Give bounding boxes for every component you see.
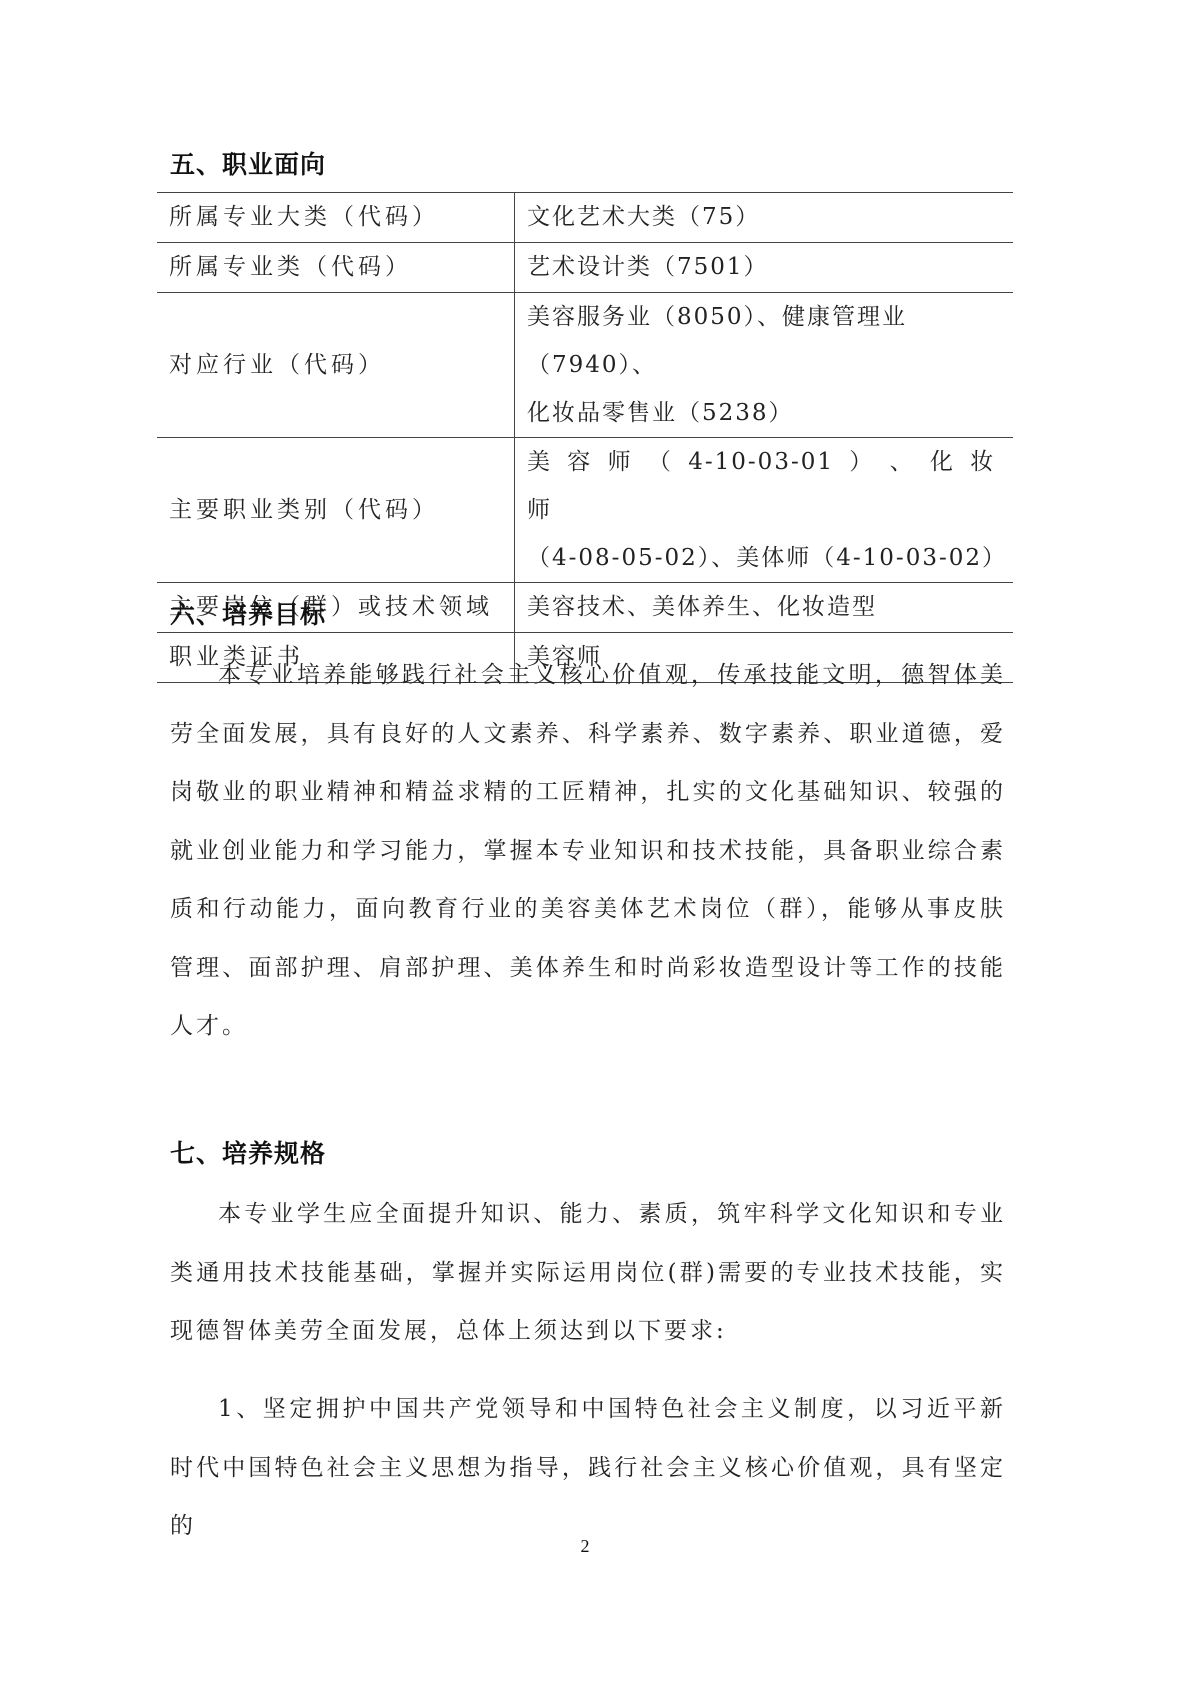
- row-label: 主要职业类别（代码）: [157, 438, 515, 583]
- section-heading-goals: 六、培养目标: [170, 602, 326, 627]
- row-value-line: 美容服务业（8050）、健康管理业（7940）、: [527, 293, 1001, 389]
- row-label: 所属专业类（代码）: [157, 243, 515, 293]
- table-row: 对应行业（代码） 美容服务业（8050）、健康管理业（7940）、 化妆品零售业…: [157, 293, 1013, 438]
- row-label: 所属专业大类（代码）: [157, 193, 515, 243]
- table-row: 主要职业类别（代码） 美 容 师 （ 4-10-03-01 ） 、 化 妆 师 …: [157, 438, 1013, 583]
- goals-paragraph: 本专业培养能够践行社会主义核心价值观，传承技能文明，德智体美劳全面发展，具有良好…: [170, 646, 1006, 1056]
- row-value-line: 化妆品零售业（5238）: [527, 389, 1001, 437]
- page-number: 2: [0, 1536, 1170, 1557]
- row-value: 文化艺术大类（75）: [515, 193, 1014, 243]
- specs-paragraph: 本专业学生应全面提升知识、能力、素质，筑牢科学文化知识和专业类通用技术技能基础，…: [170, 1185, 1006, 1361]
- row-label: 对应行业（代码）: [157, 293, 515, 438]
- section-heading-career: 五、职业面向: [170, 152, 326, 177]
- row-value-line: （4-08-05-02）、美体师（4-10-03-02）: [527, 534, 1001, 582]
- row-value: 艺术设计类（7501）: [515, 243, 1014, 293]
- specs-item-1: 1、坚定拥护中国共产党领导和中国特色社会主义制度，以习近平新时代中国特色社会主义…: [170, 1380, 1006, 1556]
- row-value-line: 美 容 师 （ 4-10-03-01 ） 、 化 妆 师: [527, 438, 1001, 534]
- row-value: 美容技术、美体养生、化妆造型: [515, 583, 1014, 633]
- document-page: 五、职业面向 所属专业大类（代码） 文化艺术大类（75） 所属专业类（代码） 艺…: [0, 0, 1190, 1683]
- row-value: 美 容 师 （ 4-10-03-01 ） 、 化 妆 师 （4-08-05-02…: [515, 438, 1014, 583]
- table-row: 所属专业类（代码） 艺术设计类（7501）: [157, 243, 1013, 293]
- row-value: 美容服务业（8050）、健康管理业（7940）、 化妆品零售业（5238）: [515, 293, 1014, 438]
- table-row: 所属专业大类（代码） 文化艺术大类（75）: [157, 193, 1013, 243]
- section-heading-specs: 七、培养规格: [170, 1141, 326, 1166]
